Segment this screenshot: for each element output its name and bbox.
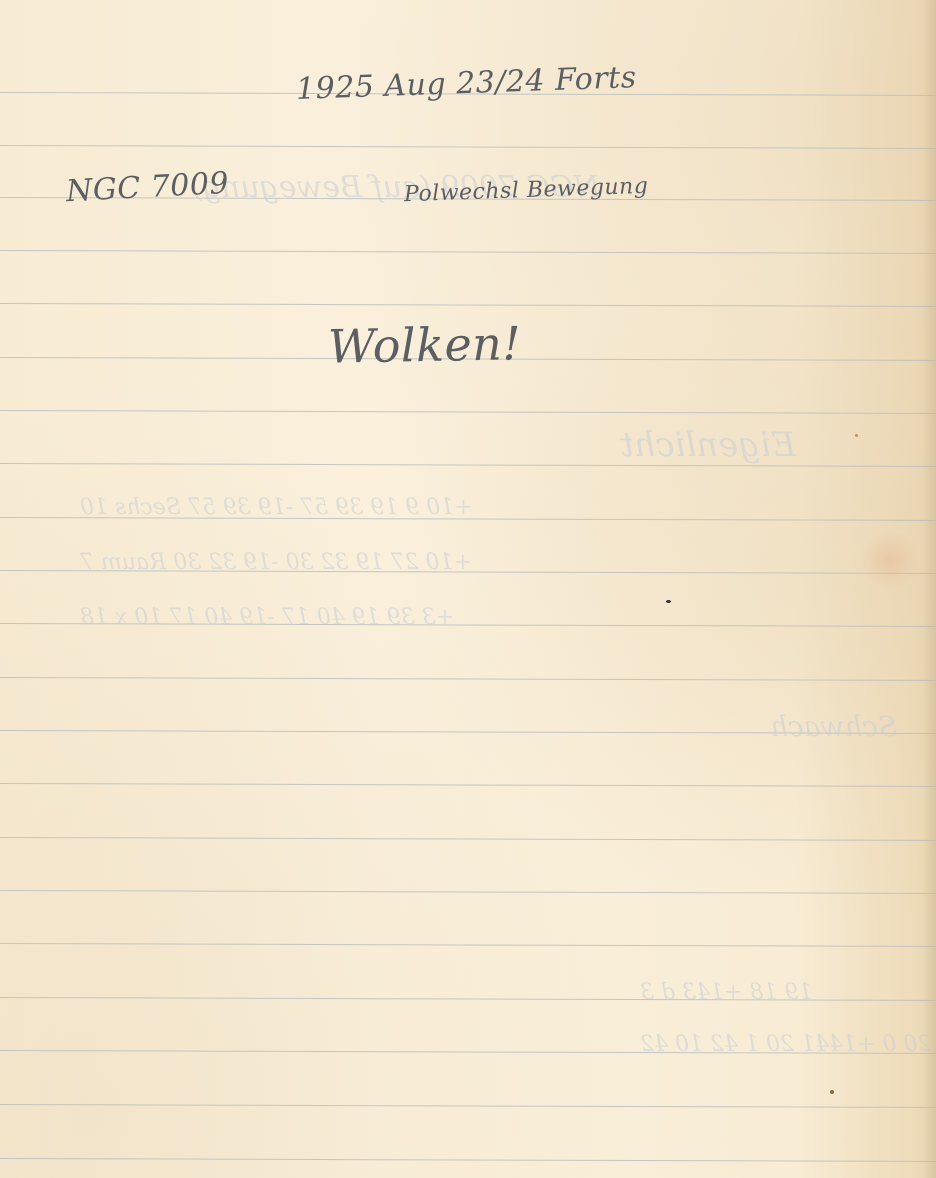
page-edge-shadow	[922, 0, 936, 1178]
ruled-line	[0, 1158, 936, 1162]
ink-speck	[855, 434, 858, 437]
ink-speck	[830, 1090, 834, 1094]
ruled-line	[0, 145, 936, 149]
bleed-through-text: +10 27 19 32 30 -19 32 30 Raum 7	[80, 550, 472, 575]
ruled-line	[0, 890, 936, 894]
ruled-line	[0, 1104, 936, 1108]
ruled-line	[0, 410, 936, 414]
ruled-line	[0, 303, 936, 307]
ruled-line	[0, 837, 936, 841]
ruled-line	[0, 250, 936, 254]
bleed-through-text: +3 39 19 40 17 -19 40 17 10 x 18	[80, 605, 454, 630]
ruled-line	[0, 783, 936, 787]
ruled-line	[0, 943, 936, 947]
date-header: 1925 Aug 23/24 Forts	[295, 60, 637, 107]
bleed-through-text: +10 9 19 39 57 -19 39 57 Sechs 10	[80, 495, 473, 520]
ink-speck	[666, 600, 671, 603]
remark-clouds: Wolken!	[328, 316, 522, 373]
bleed-through-text: 19 18 +143 d 3	[640, 980, 812, 1005]
bleed-through-text: 20 0 +1441 20 1 42 10 42	[640, 1032, 931, 1057]
ruled-line	[0, 677, 936, 681]
paper-stain	[860, 530, 920, 590]
notebook-page: NGC 7009 (auf Bewegung) Eigenlicht +10 9…	[0, 0, 936, 1178]
bleed-through-text: Eigenlicht	[620, 425, 796, 465]
bleed-through-text: Schwach	[770, 710, 897, 743]
